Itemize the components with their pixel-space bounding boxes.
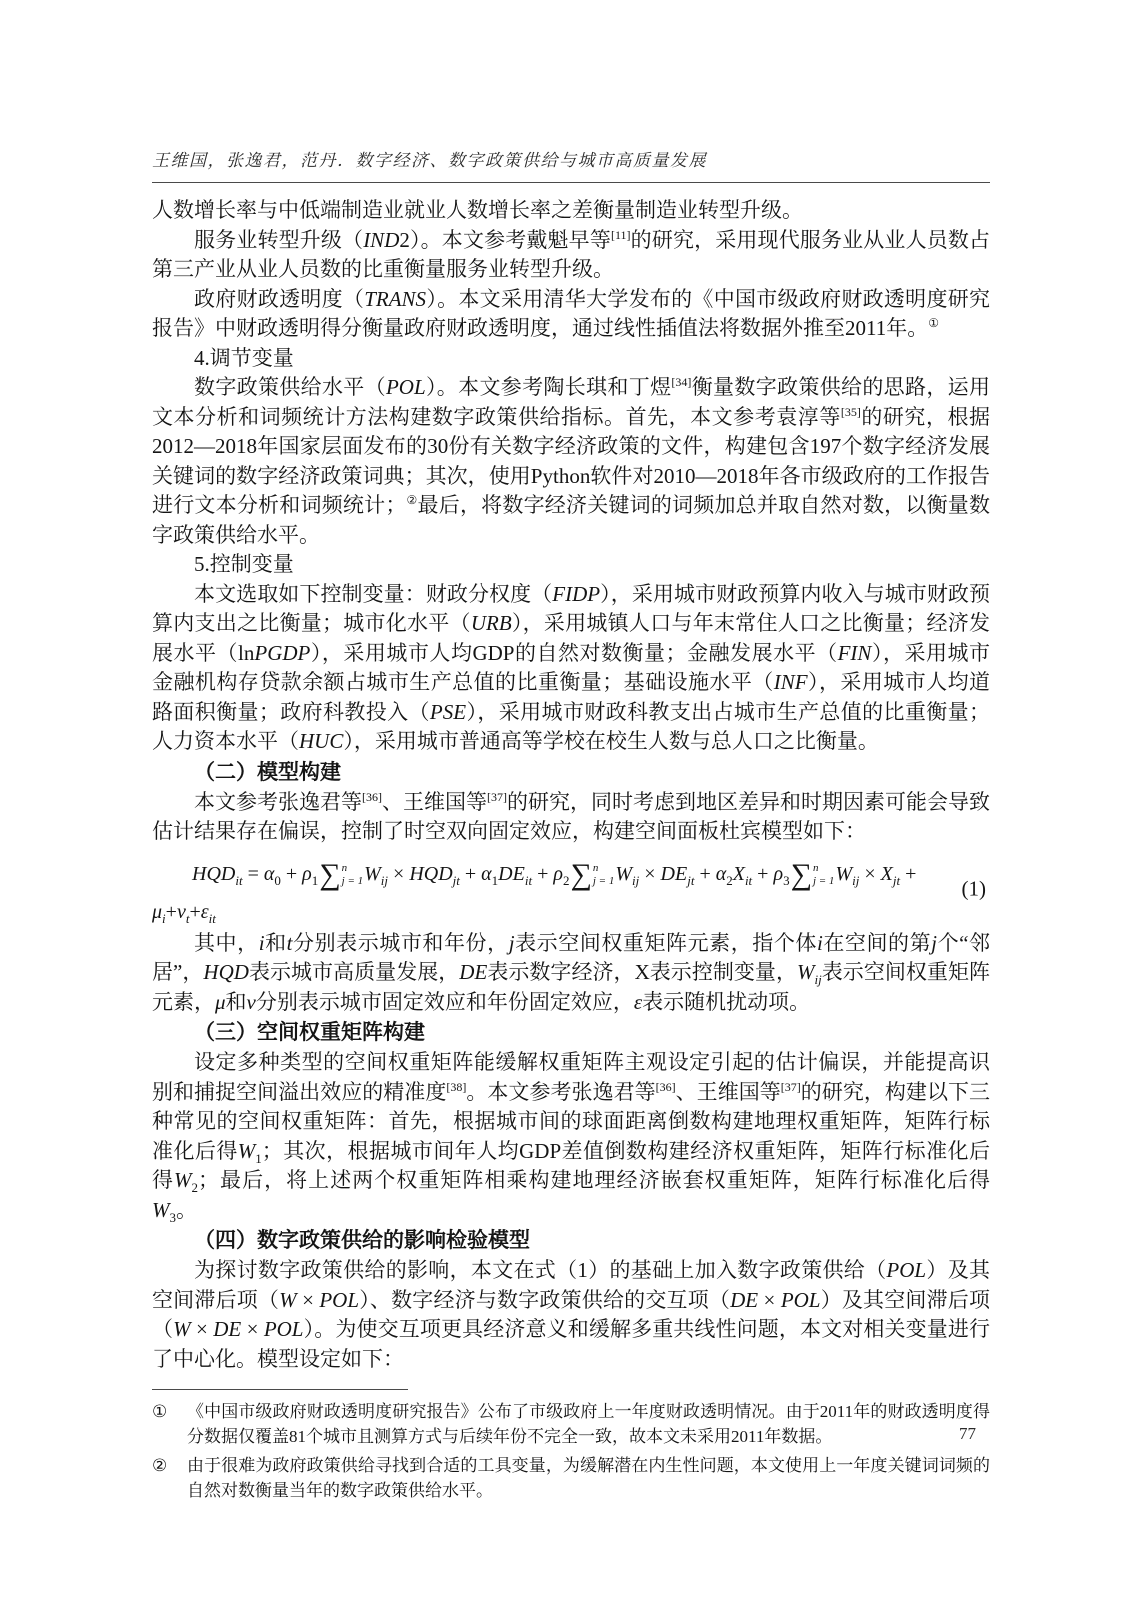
text-run: ν: [177, 901, 186, 923]
document-page: 王维国，张逸君，范丹．数字经济、数字政策供给与城市高质量发展 人数增长率与中低端…: [0, 0, 1140, 1600]
footnote-text: 《中国市级政府财政透明度研究报告》公布了市级政府上一年度财政透明情况。由于201…: [187, 1400, 990, 1449]
text-run: W: [364, 863, 381, 885]
text-run: 和: [226, 990, 247, 1014]
section-heading: （四）数字政策供给的影响检验模型: [152, 1225, 990, 1256]
text-run: W: [835, 863, 852, 885]
text-run: ×: [241, 1317, 264, 1341]
paragraph: 政府财政透明度（TRANS）。本文采用清华大学发布的《中国市级政府财政透明度研究…: [152, 285, 990, 344]
sum-operator: ∑nj = 1: [791, 860, 835, 890]
text-run: X: [881, 863, 893, 885]
text-run: ×: [639, 863, 660, 885]
text-run: ），采用城市人均GDP的自然对数衡量；金融发展水平（: [310, 641, 837, 665]
equation-number: (1): [962, 876, 987, 901]
text-run: ；最后，将上述两个权重矩阵相乘构建地理经济嵌套权重矩阵，矩阵行标准化后得: [198, 1168, 990, 1192]
text-run: ①: [928, 316, 939, 330]
sum-operator: ∑nj = 1: [319, 860, 363, 890]
text-run: POL: [386, 375, 426, 399]
text-run: ），采用城市普通高等学校在校生人数与总人口之比衡量。: [343, 729, 879, 753]
text-run: +: [752, 863, 773, 885]
text-run: DE: [661, 863, 688, 885]
equation: HQDit = α0 + ρ1∑nj = 1Wij × HQDjt + α1DE…: [152, 851, 990, 927]
footnote-marker: ②: [152, 1454, 187, 1503]
text-run: 4.调节变量: [194, 346, 294, 370]
paragraph: 人数增长率与中低端制造业就业人数增长率之差衡量制造业转型升级。: [152, 196, 990, 226]
text-run: DE: [498, 863, 525, 885]
text-run: ）。本文参考陶长琪和丁煜: [426, 375, 672, 399]
text-run: [36]: [656, 1080, 676, 1094]
text-run: DE: [459, 960, 487, 984]
text-run: TRANS: [364, 287, 426, 311]
text-run: POL: [319, 1288, 359, 1312]
text-run: W: [615, 863, 632, 885]
text-run: FIN: [838, 641, 872, 665]
text-run: 本文参考张逸君等: [194, 790, 362, 814]
text-run: 表示空间权重矩阵元素，指个体: [515, 931, 817, 955]
section-heading: （二）模型构建: [152, 757, 990, 788]
sum-operator: ∑nj = 1: [570, 860, 614, 890]
text-run: POL: [264, 1317, 304, 1341]
text-run: 2: [563, 873, 570, 888]
text-run: W: [174, 1168, 192, 1192]
sum-limits: nj = 1: [593, 862, 614, 887]
text-run: POL: [886, 1258, 926, 1282]
text-run: ρ: [773, 863, 783, 885]
text-run: HQD: [409, 863, 452, 885]
text-run: ij: [381, 873, 388, 888]
text-run: W: [173, 1317, 191, 1341]
text-run: W: [152, 1198, 170, 1222]
sum-upper-limit: n: [813, 862, 834, 875]
text-run: 表示随机扰动项。: [642, 990, 810, 1014]
text-run: 5.控制变量: [194, 552, 294, 576]
text-run: ν: [247, 990, 256, 1014]
text-run: [37]: [487, 790, 507, 804]
text-run: DE: [730, 1288, 758, 1312]
text-run: +: [900, 863, 916, 885]
sum-upper-limit: n: [593, 862, 614, 875]
text-run: +: [460, 863, 481, 885]
text-run: +: [281, 863, 302, 885]
text-run: α: [716, 863, 727, 885]
text-run: α: [264, 863, 275, 885]
text-run: 表示城市高质量发展，: [249, 960, 459, 984]
text-run: W: [279, 1288, 297, 1312]
text-run: 分别表示城市和年份，: [293, 931, 509, 955]
text-run: PSE: [430, 700, 466, 724]
sigma-symbol: ∑: [791, 860, 812, 890]
text-run: 、王维国等: [676, 1080, 781, 1104]
text-run: 分别表示城市固定效应和年份固定效应，: [256, 990, 634, 1014]
paragraph: 其中，i和t分别表示城市和年份，j表示空间权重矩阵元素，指个体i在空间的第j个“…: [152, 929, 990, 1018]
text-run: ）、数字经济与数字政策供给的交互项（: [359, 1288, 730, 1312]
text-run: +: [694, 863, 715, 885]
page-number: 77: [959, 1424, 976, 1444]
text-run: ×: [297, 1288, 320, 1312]
text-run: jt: [893, 873, 900, 888]
paragraph: 为探讨数字政策供给的影响，本文在式（1）的基础上加入数字政策供给（POL）及其空…: [152, 1256, 990, 1374]
text-run: DE: [213, 1317, 241, 1341]
text-run: 、王维国等: [382, 790, 487, 814]
paragraph: 设定多种类型的空间权重矩阵能缓解权重矩阵主观设定引起的估计偏误，并能提高识别和捕…: [152, 1048, 990, 1225]
text-run: HQD: [203, 960, 249, 984]
sigma-symbol: ∑: [570, 860, 591, 890]
text-run: W: [797, 960, 815, 984]
text-run: W: [238, 1139, 256, 1163]
text-run: +: [532, 863, 553, 885]
text-run: 和: [265, 931, 287, 955]
text-run: +: [166, 901, 177, 923]
paragraph: 本文参考张逸君等[36]、王维国等[37]的研究，同时考虑到地区差异和时期因素可…: [152, 788, 990, 847]
text-run: FIDP: [552, 582, 600, 606]
text-run: ×: [758, 1288, 781, 1312]
text-run: X: [733, 863, 745, 885]
running-head: 王维国，张逸君，范丹．数字经济、数字政策供给与城市高质量发展: [152, 146, 990, 183]
section-heading: （三）空间权重矩阵构建: [152, 1017, 990, 1048]
footnotes-section: ①《中国市级政府财政透明度研究报告》公布了市级政府上一年度财政透明情况。由于20…: [152, 1389, 990, 1503]
text-run: 数字政策供给水平（: [194, 375, 386, 399]
text-run: α: [481, 863, 492, 885]
text-run: 政府财政透明度（: [194, 287, 364, 311]
text-run: 。: [176, 1198, 197, 1222]
text-run: 服务业转型升级（: [194, 228, 363, 252]
text-run: INF: [774, 670, 808, 694]
text-run: 表示数字经济，X表示控制变量，: [487, 960, 797, 984]
text-run: 。本文参考张逸君等: [466, 1080, 655, 1104]
text-run: HUC: [299, 729, 343, 753]
text-run: ×: [859, 863, 880, 885]
text-run: ×: [388, 863, 409, 885]
paragraph: 服务业转型升级（IND2）。本文参考戴魁早等[11]的研究，采用现代服务业从业人…: [152, 226, 990, 285]
sum-lower-limit: j = 1: [342, 875, 363, 888]
sum-lower-limit: j = 1: [813, 875, 834, 888]
text-run: [36]: [362, 790, 382, 804]
text-run: PGDP: [254, 641, 310, 665]
subsection-heading: 5.控制变量: [152, 550, 990, 580]
text-run: ij: [815, 972, 822, 987]
text-run: =: [243, 863, 264, 885]
text-run: it: [209, 911, 216, 926]
text-run: ②: [406, 493, 417, 507]
article-body: 人数增长率与中低端制造业就业人数增长率之差衡量制造业转型升级。服务业转型升级（I…: [152, 196, 990, 1374]
text-run: [11]: [611, 228, 631, 242]
text-run: 其中，: [194, 931, 259, 955]
text-run: jt: [453, 873, 460, 888]
sum-lower-limit: j = 1: [593, 875, 614, 888]
text-run: （二）模型构建: [194, 761, 341, 784]
text-run: +: [189, 901, 200, 923]
text-run: IND: [363, 228, 399, 252]
text-run: ρ: [302, 863, 312, 885]
text-run: 3: [783, 873, 790, 888]
text-run: [38]: [446, 1080, 466, 1094]
text-run: 1: [312, 873, 319, 888]
footnote-divider: [152, 1389, 408, 1390]
footnotes: ①《中国市级政府财政透明度研究报告》公布了市级政府上一年度财政透明情况。由于20…: [152, 1400, 990, 1503]
text-run: ε: [201, 901, 209, 923]
text-run: 本文选取如下控制变量：财政分权度（: [194, 582, 552, 606]
text-run: [37]: [781, 1080, 801, 1094]
text-run: （三）空间权重矩阵构建: [194, 1021, 425, 1044]
text-run: it: [525, 873, 532, 888]
text-run: HQD: [192, 863, 235, 885]
text-run: ε: [634, 990, 642, 1014]
sum-limits: nj = 1: [813, 862, 834, 887]
text-run: ρ: [553, 863, 563, 885]
paragraph: 本文选取如下控制变量：财政分权度（FIDP），采用城市财政预算内收入与城市财政预…: [152, 580, 990, 757]
paragraph: 数字政策供给水平（POL）。本文参考陶长琪和丁煜[34]衡量数字政策供给的思路，…: [152, 373, 990, 550]
text-run: [35]: [841, 405, 861, 419]
equation-line: HQDit = α0 + ρ1∑nj = 1Wij × HQDjt + α1DE…: [152, 851, 926, 897]
equation-line: μi+νt+εit: [152, 897, 926, 927]
text-run: （四）数字政策供给的影响检验模型: [194, 1229, 530, 1252]
text-run: it: [235, 873, 242, 888]
footnote-item: ②由于很难为政府政策供给寻找到合适的工具变量，为缓解潜在内生性问题，本文使用上一…: [152, 1454, 990, 1503]
footnote-marker: ①: [152, 1400, 187, 1449]
text-run: [34]: [671, 375, 691, 389]
sigma-symbol: ∑: [319, 860, 340, 890]
text-run: μ: [215, 990, 226, 1014]
footnote-text: 由于很难为政府政策供给寻找到合适的工具变量，为缓解潜在内生性问题，本文使用上一年…: [187, 1454, 990, 1503]
footnote-item: ①《中国市级政府财政透明度研究报告》公布了市级政府上一年度财政透明情况。由于20…: [152, 1400, 990, 1449]
text-run: URB: [471, 611, 512, 635]
text-run: 为探讨数字政策供给的影响，本文在式（1）的基础上加入数字政策供给（: [194, 1258, 886, 1282]
text-run: POL: [781, 1288, 821, 1312]
sum-limits: nj = 1: [342, 862, 363, 887]
text-run: ×: [191, 1317, 214, 1341]
subsection-heading: 4.调节变量: [152, 344, 990, 374]
page-content: 王维国，张逸君，范丹．数字经济、数字政策供给与城市高质量发展 人数增长率与中低端…: [152, 146, 990, 1508]
sum-upper-limit: n: [342, 862, 363, 875]
text-run: μ: [152, 901, 162, 923]
text-run: 人数增长率与中低端制造业就业人数增长率之差衡量制造业转型升级。: [152, 198, 803, 222]
text-run: 在空间的第: [823, 931, 931, 955]
text-run: 2）。本文参考戴魁早等: [399, 228, 611, 252]
